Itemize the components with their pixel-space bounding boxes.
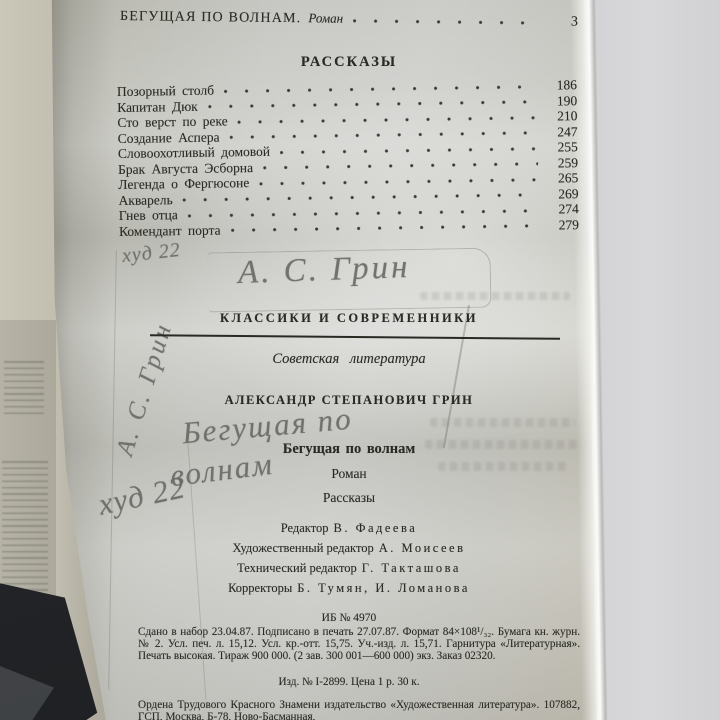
- book-photo: БЕГУЩАЯ ПО ВОЛНАМ. Роман 3 РАССКАЗЫ Позо…: [0, 0, 720, 720]
- book-genre-novel: Роман: [120, 466, 578, 482]
- book-genre-stories: Рассказы: [120, 490, 578, 506]
- imprint-price-line: Изд. № I-2899. Цена 1 р. 30 к.: [120, 676, 578, 688]
- handwritten-code-top: худ 22: [121, 239, 182, 268]
- series-subtitle: Советская литература: [120, 351, 578, 368]
- pencil-stroke: [443, 305, 470, 448]
- horizontal-rule: [150, 334, 560, 340]
- toc-novel-genre: Роман: [308, 10, 343, 26]
- credit-line: РедакторВ. Фадеева: [120, 518, 578, 538]
- book-title: Бегущая по волнам: [120, 441, 578, 458]
- publisher-line: Ордена Трудового Красного Знамени издате…: [138, 699, 580, 720]
- toc-section-heading: РАССКАЗЫ: [120, 54, 578, 71]
- toc-novel-title: БЕГУЩАЯ ПО ВОЛНАМ.: [120, 9, 302, 27]
- toc-page-number: 3: [542, 14, 578, 30]
- imprint-details: Сдано в набор 23.04.87. Подписано в печа…: [138, 626, 580, 662]
- credit-line: КорректорыБ. Тумян, И. Ломанова: [120, 578, 578, 598]
- dotted-leader: [231, 221, 540, 236]
- handwritten-author-signature: А. С. Грин: [237, 249, 411, 292]
- credit-line: Технический редакторГ. Такташова: [120, 558, 578, 578]
- series-name: КЛАССИКИ И СОВРЕМЕННИКИ: [120, 311, 578, 326]
- dotted-leader: [353, 16, 538, 28]
- book-author: АЛЕКСАНДР СТЕПАНОВИЧ ГРИН: [120, 393, 578, 408]
- toc-top-entry: БЕГУЩАЯ ПО ВОЛНАМ. Роман 3: [120, 8, 578, 31]
- ib-number: ИБ № 4970: [120, 612, 578, 624]
- credits-block: РедакторВ. Фадеева Художественный редакт…: [120, 518, 578, 598]
- credit-line: Художественный редакторА. Моисеев: [120, 538, 578, 558]
- toc-entries: Позорный столб186 Капитан Дюк190 Сто вер…: [117, 77, 579, 239]
